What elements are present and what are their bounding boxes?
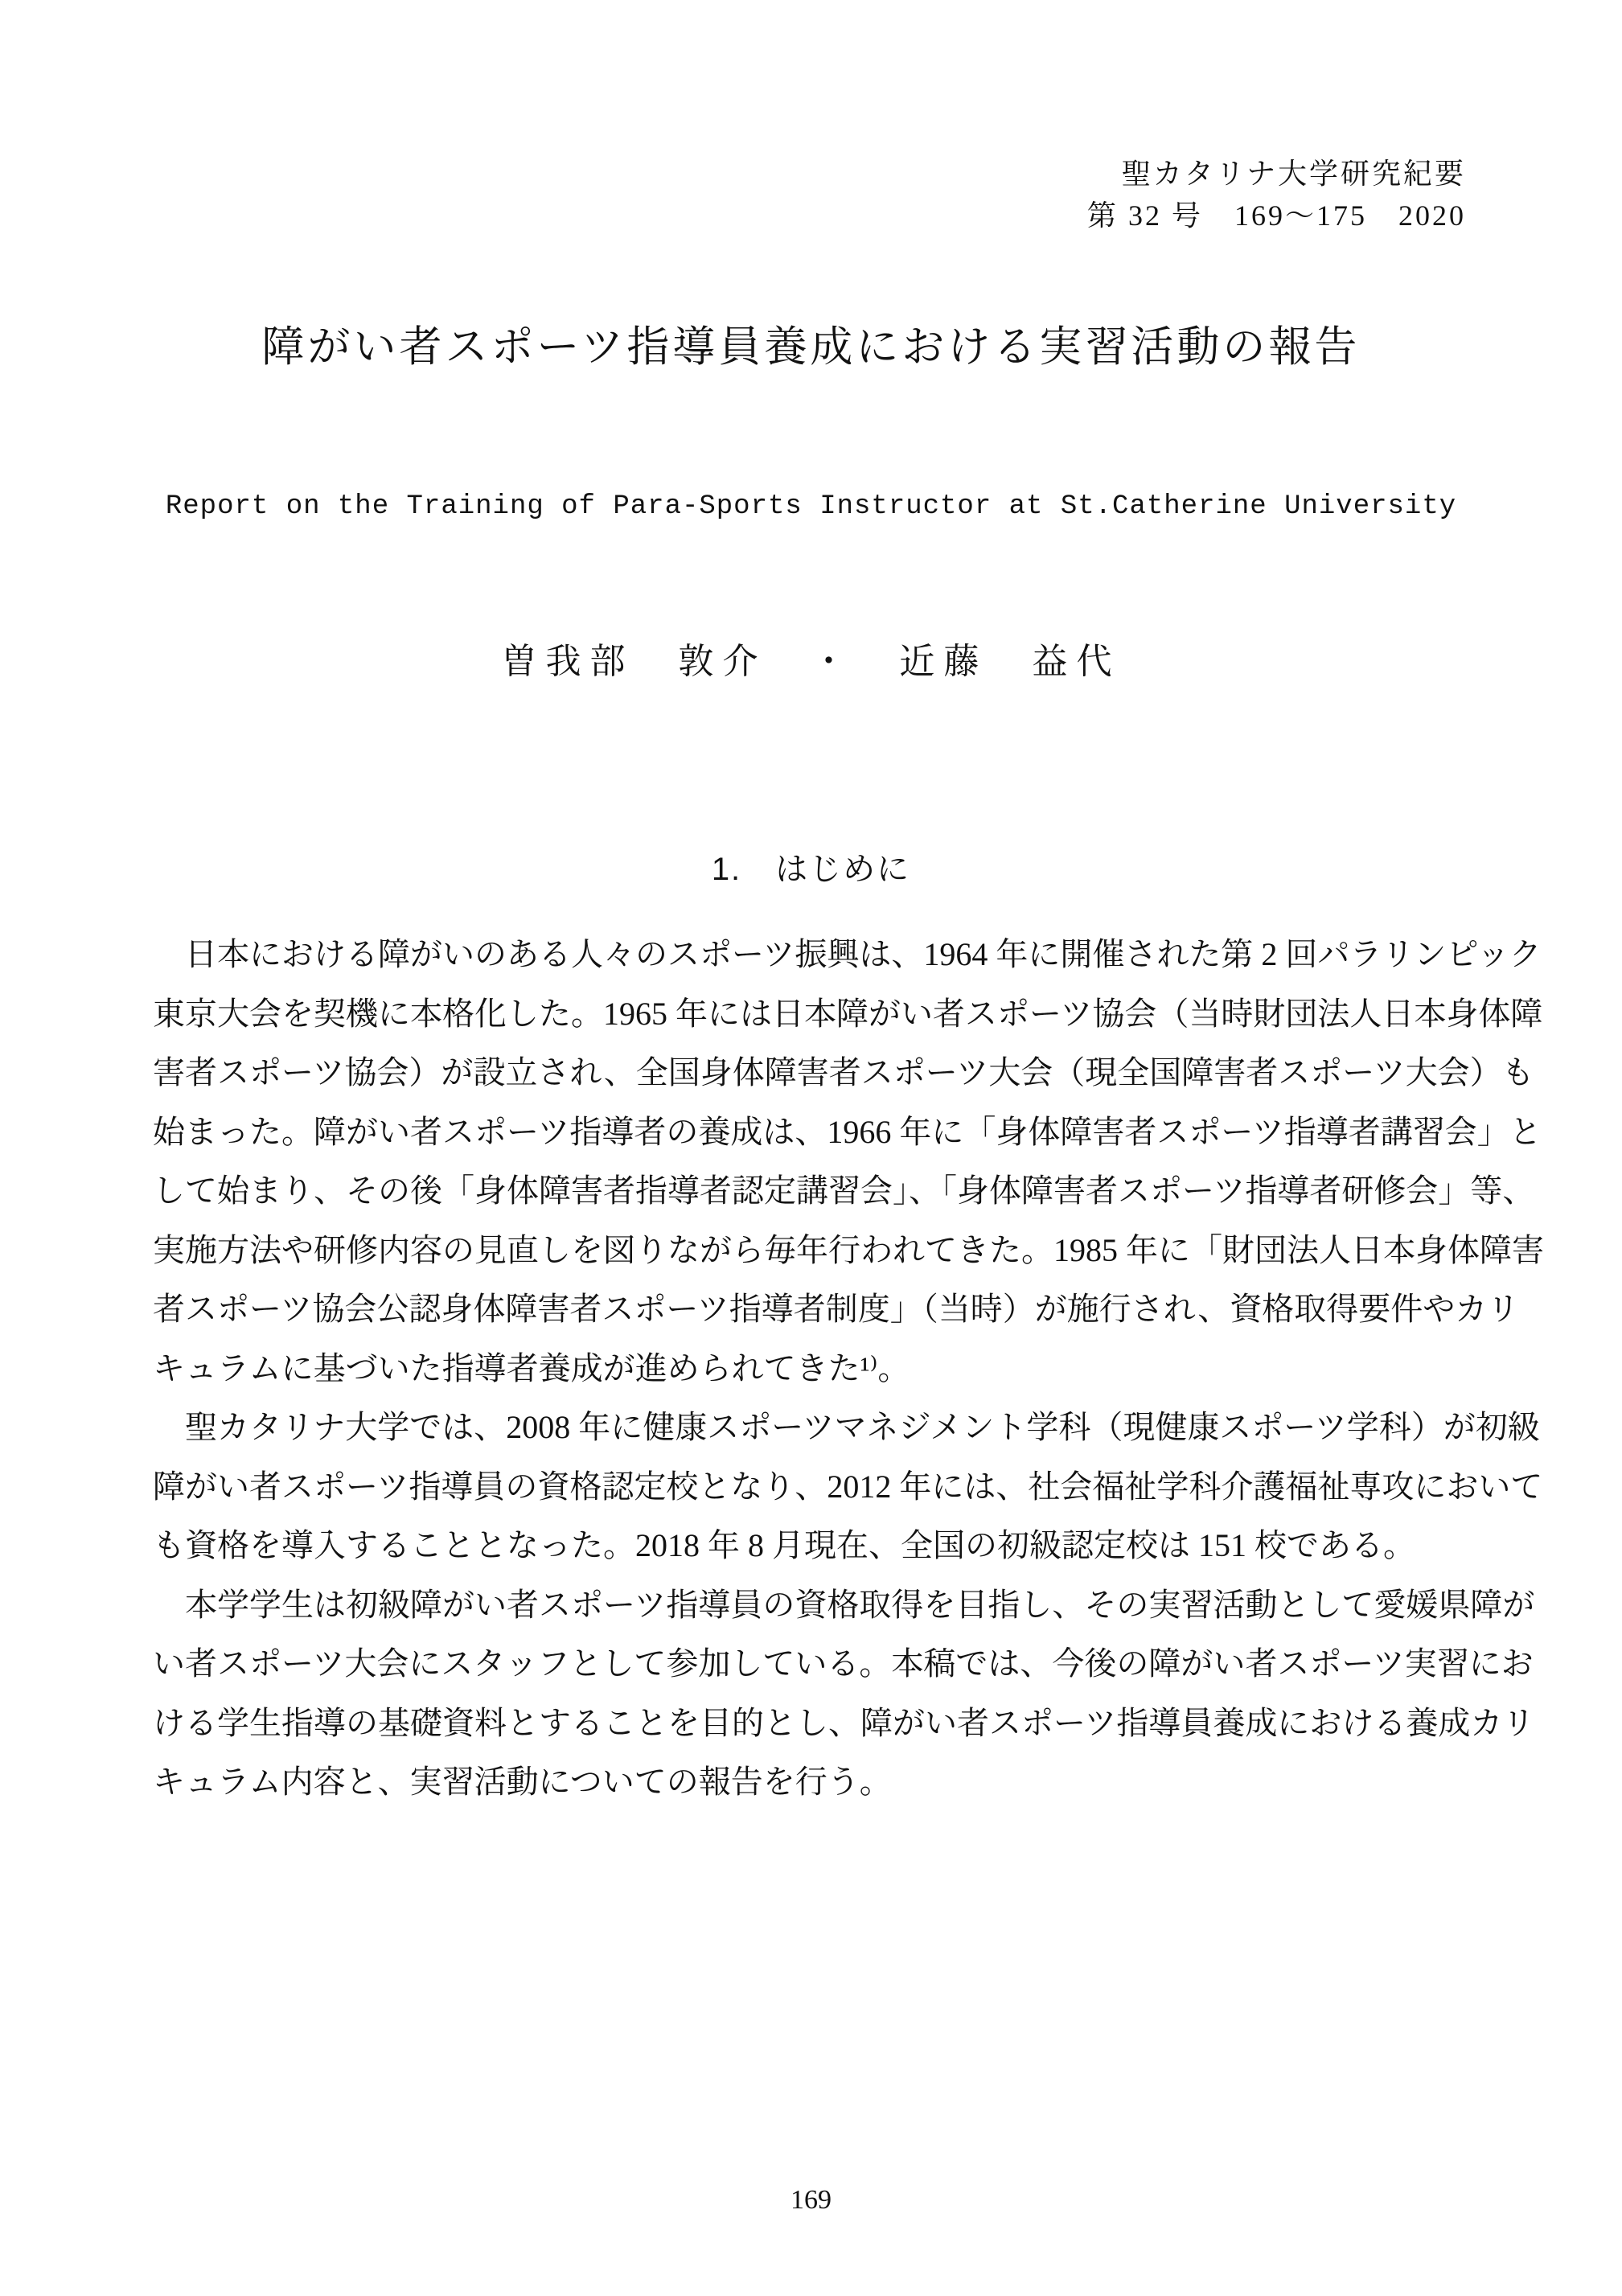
body-line: 実施方法や研修内容の見直しを図りながら毎年行われてきた。1985 年に「財団法人… bbox=[153, 1221, 1472, 1280]
body-line: も資格を導入することとなった。2018 年 8 月現在、全国の初級認定校は 15… bbox=[153, 1516, 1472, 1575]
section-heading-introduction: 1. はじめに bbox=[0, 849, 1622, 889]
body-line: キュラムに基づいた指導者養成が進められてきた¹⁾。 bbox=[153, 1339, 1472, 1399]
body-line: い者スポーツ大会にスタッフとして参加している。本稿では、今後の障がい者スポーツ実… bbox=[153, 1634, 1472, 1694]
journal-name: 聖カタリナ大学研究紀要 bbox=[1087, 153, 1466, 195]
body-line: 始まった。障がい者スポーツ指導者の養成は、1966 年に「身体障害者スポーツ指導… bbox=[153, 1103, 1472, 1162]
journal-header: 聖カタリナ大学研究紀要 第 32 号 169〜175 2020 bbox=[1087, 153, 1466, 236]
body-line: 害者スポーツ協会）が設立され、全国身体障害者スポーツ大会（現全国障害者スポーツ大… bbox=[153, 1043, 1472, 1103]
body-line: 障がい者スポーツ指導員の資格認定校となり、2012 年には、社会福祉学科介護福祉… bbox=[153, 1457, 1472, 1517]
paper-page: 聖カタリナ大学研究紀要 第 32 号 169〜175 2020 障がい者スポーツ… bbox=[0, 0, 1622, 2296]
body-line: 本学学生は初級障がい者スポーツ指導員の資格取得を目指し、その実習活動として愛媛県… bbox=[153, 1575, 1472, 1635]
article-title-japanese: 障がい者スポーツ指導員養成における実習活動の報告 bbox=[0, 322, 1622, 373]
body-line: キュラム内容と、実習活動についての報告を行う。 bbox=[153, 1752, 1472, 1812]
journal-issue-pages-year: 第 32 号 169〜175 2020 bbox=[1087, 195, 1466, 236]
body-line: して始まり、その後「身体障害者指導者認定講習会」、「身体障害者スポーツ指導者研修… bbox=[153, 1161, 1472, 1221]
article-title-english: Report on the Training of Para-Sports In… bbox=[0, 489, 1622, 524]
page-number: 169 bbox=[0, 2183, 1622, 2218]
body-line: 聖カタリナ大学では、2008 年に健康スポーツマネジメント学科（現健康スポーツ学… bbox=[153, 1398, 1472, 1457]
body-line: ける学生指導の基礎資料とすることを目的とし、障がい者スポーツ指導員養成における養… bbox=[153, 1694, 1472, 1753]
authors-line: 曽我部 敦介 ・ 近藤 益代 bbox=[0, 640, 1622, 684]
article-body: 日本における障がいのある人々のスポーツ振興は、1964 年に開催された第 2 回… bbox=[153, 925, 1472, 1812]
body-line: 東京大会を契機に本格化した。1965 年には日本障がい者スポーツ協会（当時財団法… bbox=[153, 984, 1472, 1044]
body-line: 者スポーツ協会公認身体障害者スポーツ指導者制度」（当時）が施行され、資格取得要件… bbox=[153, 1279, 1472, 1339]
body-line: 日本における障がいのある人々のスポーツ振興は、1964 年に開催された第 2 回… bbox=[153, 925, 1472, 984]
